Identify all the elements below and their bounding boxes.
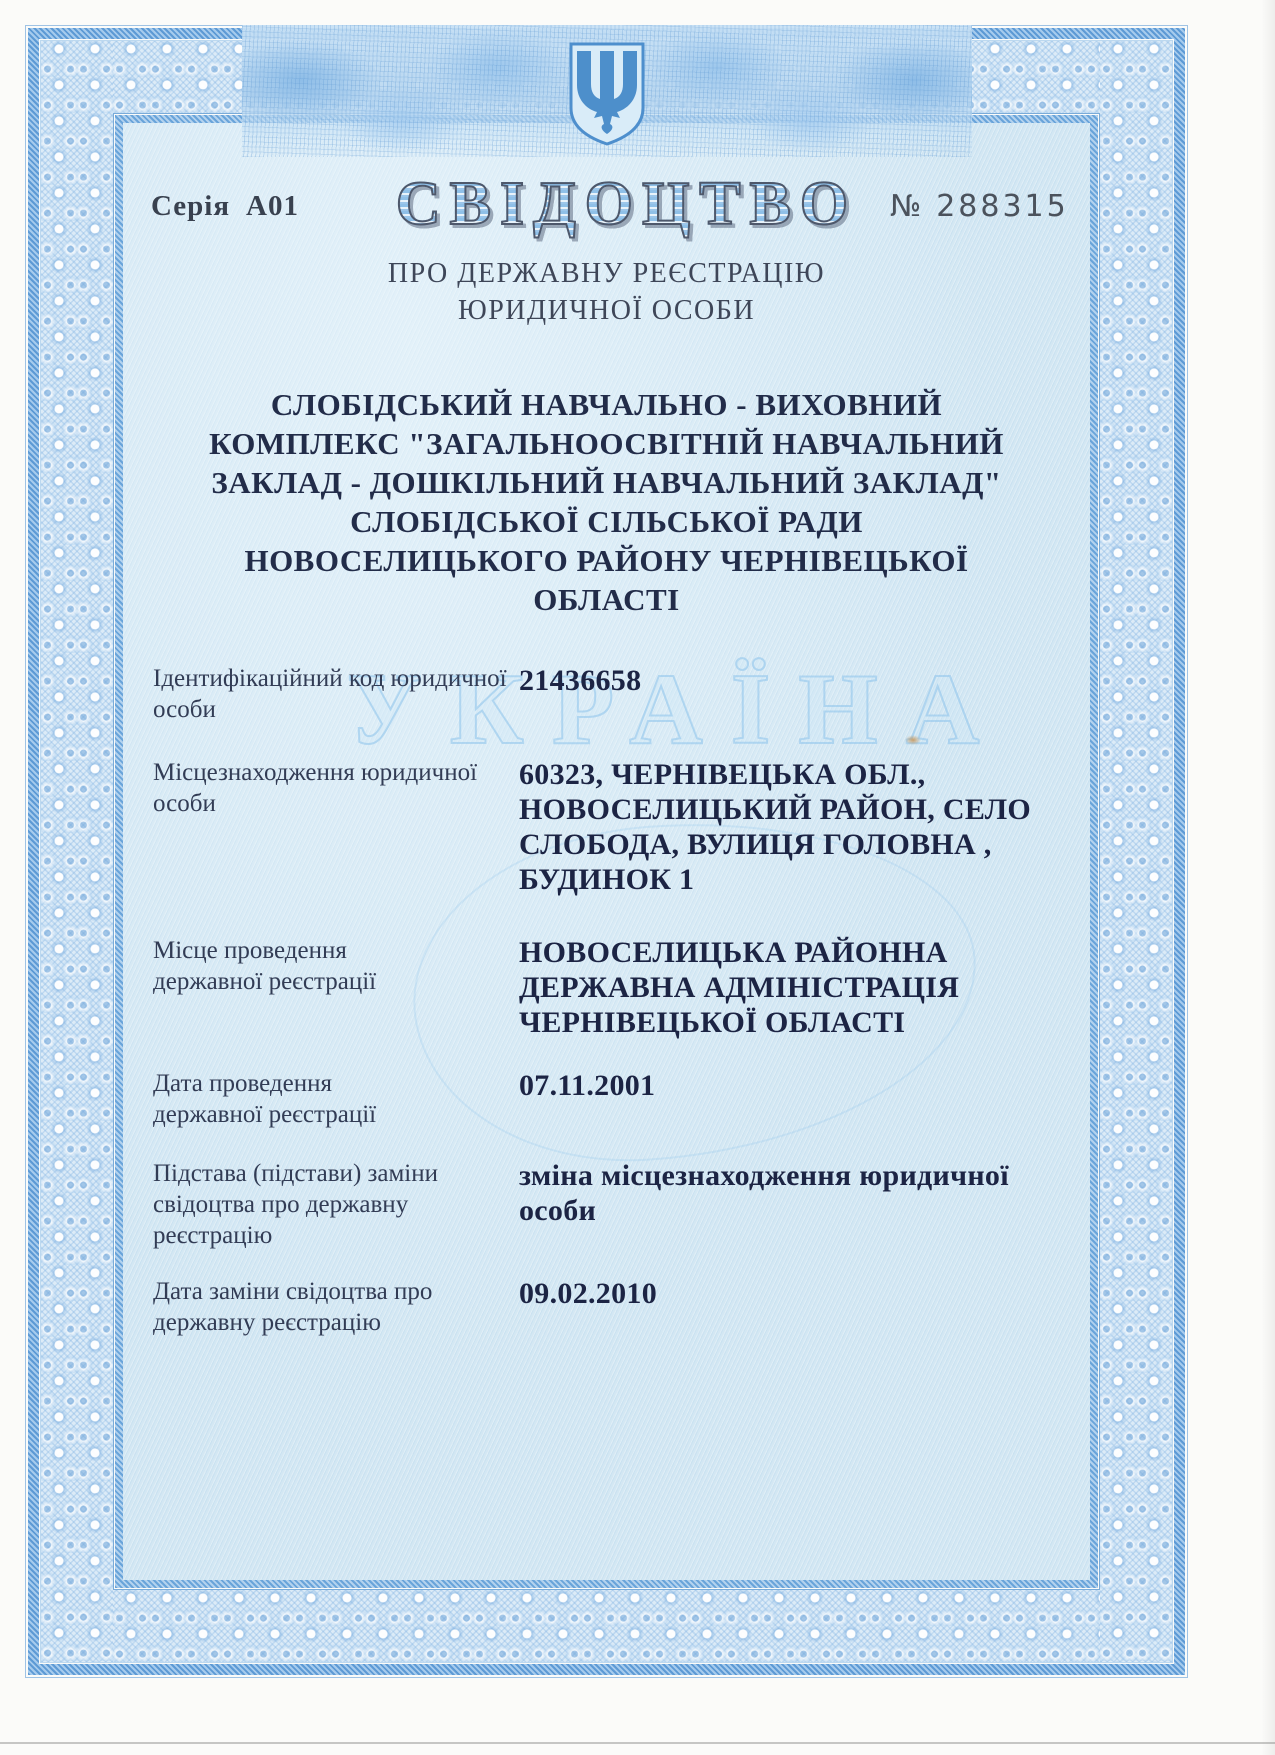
field-row-replacement-basis: Підстава (підстави) заміни свідоцтва про… — [123, 1158, 1090, 1251]
guilloche-border-right — [1100, 41, 1172, 1662]
certificate-subtitle: ПРО ДЕРЖАВНУ РЕЄСТРАЦІЮ ЮРИДИЧНОЇ ОСОБИ — [123, 255, 1090, 329]
certificate-header: СеріяА01 СВІДОЦТВО №288315 — [123, 163, 1090, 249]
field-value: 07.11.2001 — [519, 1068, 1090, 1130]
entity-name: СЛОБІДСЬКИЙ НАВЧАЛЬНО - ВИХОВНИЙ КОМПЛЕК… — [123, 385, 1090, 619]
fields-section: Ідентифікаційний код юридичної особи 214… — [123, 663, 1090, 1338]
field-label: Ідентифікаційний код юридичної особи — [153, 663, 519, 725]
ornament-band — [242, 25, 972, 157]
field-row-identification-code: Ідентифікаційний код юридичної особи 214… — [123, 663, 1090, 725]
certificate-body: УКРАЇНА СеріяА01 СВІДОЦТВО №288315 ПРО Д… — [123, 123, 1090, 1580]
field-label: Дата заміни свідоцтва про державну реєст… — [153, 1276, 519, 1338]
field-row-replacement-date: Дата заміни свідоцтва про державну реєст… — [123, 1276, 1090, 1338]
field-row-location: Місцезнаходження юридичної особи 60323, … — [123, 757, 1090, 897]
guilloche-border-left — [41, 41, 113, 1662]
field-row-registration-place: Місце проведення державної реєстрації НО… — [123, 935, 1090, 1040]
field-label: Місце проведення державної реєстрації — [153, 935, 519, 1040]
field-value: зміна місцезнаходження юридичної особи — [519, 1158, 1090, 1251]
certificate-sheet: УКРАЇНА СеріяА01 СВІДОЦТВО №288315 ПРО Д… — [25, 25, 1188, 1678]
field-label: Місцезнаходження юридичної особи — [153, 757, 519, 897]
field-label: Дата проведення державної реєстрації — [153, 1068, 519, 1130]
scan-edge-shadow — [1261, 0, 1275, 1755]
field-label: Підстава (підстави) заміни свідоцтва про… — [153, 1158, 519, 1251]
series-field: СеріяА01 — [123, 190, 363, 223]
field-value: 21436658 — [519, 663, 1090, 725]
series-label: Серія — [151, 190, 230, 222]
paper-stain — [905, 735, 921, 745]
trident-coat-of-arms-icon — [568, 41, 646, 147]
certificate-number: №288315 — [890, 189, 1090, 224]
field-value: 09.02.2010 — [519, 1276, 1090, 1338]
certificate-title: СВІДОЦТВО — [363, 169, 890, 240]
scanned-certificate-page: УКРАЇНА СеріяА01 СВІДОЦТВО №288315 ПРО Д… — [0, 0, 1275, 1755]
guilloche-border-bottom — [41, 1590, 1172, 1662]
scanner-artifact-line — [0, 1742, 1275, 1744]
field-row-registration-date: Дата проведення державної реєстрації 07.… — [123, 1068, 1090, 1130]
field-value: 60323, ЧЕРНІВЕЦЬКА ОБЛ., НОВОСЕЛИЦЬКИЙ Р… — [519, 757, 1090, 897]
number-sign-icon: № — [890, 189, 924, 224]
field-value: НОВОСЕЛИЦЬКА РАЙОННА ДЕРЖАВНА АДМІНІСТРА… — [519, 935, 1090, 1040]
number-value: 288315 — [936, 189, 1069, 224]
series-value: А01 — [246, 190, 299, 222]
